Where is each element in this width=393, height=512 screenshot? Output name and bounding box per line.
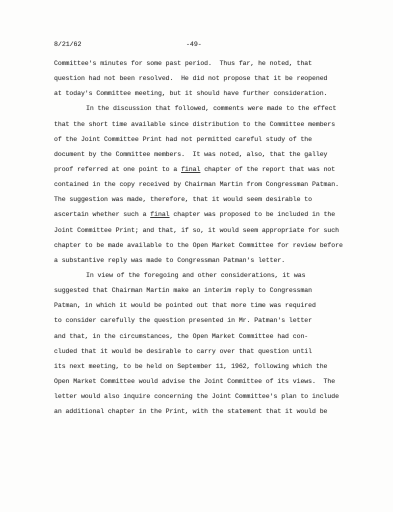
document-body: Committee's minutes for some past period… (54, 56, 364, 419)
underlined-word: final (150, 211, 169, 218)
text-segment: proof referred at one point to a (54, 166, 181, 173)
text-line-paragraph-start: In the discussion that followed, comment… (54, 101, 364, 116)
scanned-document-page: 8/21/62 -49- Committee's minutes for som… (0, 0, 393, 512)
text-line: a substantive reply was made to Congress… (54, 253, 364, 268)
text-line-with-underline: ascertain whether such a final chapter w… (54, 207, 364, 222)
text-segment: chapter was proposed to be included in t… (170, 211, 336, 218)
text-line: of the Joint Committee Print had not per… (54, 132, 364, 147)
text-line-with-underline: proof referred at one point to a final c… (54, 162, 364, 177)
text-line: an additional chapter in the Print, with… (54, 404, 364, 419)
text-line: to consider carefully the question prese… (54, 313, 364, 328)
text-line: suggested that Chairman Martin make an i… (54, 283, 364, 298)
text-segment: ascertain whether such a (54, 211, 150, 218)
document-date: 8/21/62 (54, 41, 81, 48)
text-line: document by the Committee members. It wa… (54, 147, 364, 162)
text-line: at today's Committee meeting, but it sho… (54, 86, 364, 101)
text-line: contained in the copy received by Chairm… (54, 177, 364, 192)
text-line: and that, in the circumstances, the Open… (54, 329, 364, 344)
text-line-paragraph-start: In view of the foregoing and other consi… (54, 268, 364, 283)
text-line: Joint Committee Print; and that, if so, … (54, 223, 364, 238)
text-line: chapter to be made available to the Open… (54, 238, 364, 253)
text-line: question had not been resolved. He did n… (54, 71, 364, 86)
text-line: letter would also inquire concerning the… (54, 389, 364, 404)
text-line: that the short time available since dist… (54, 117, 364, 132)
text-line: Open Market Committee would advise the J… (54, 374, 364, 389)
text-line: its next meeting, to be held on Septembe… (54, 359, 364, 374)
page-number: -49- (186, 41, 202, 48)
page-header: 8/21/62 -49- (0, 41, 393, 53)
text-line: Patman, in which it would be pointed out… (54, 298, 364, 313)
text-line: The suggestion was made, therefore, that… (54, 192, 364, 207)
text-segment: chapter of the report that was not (200, 166, 335, 173)
text-line: Committee's minutes for some past period… (54, 56, 364, 71)
text-line: cluded that it would be desirable to car… (54, 344, 364, 359)
underlined-word: final (181, 166, 200, 173)
